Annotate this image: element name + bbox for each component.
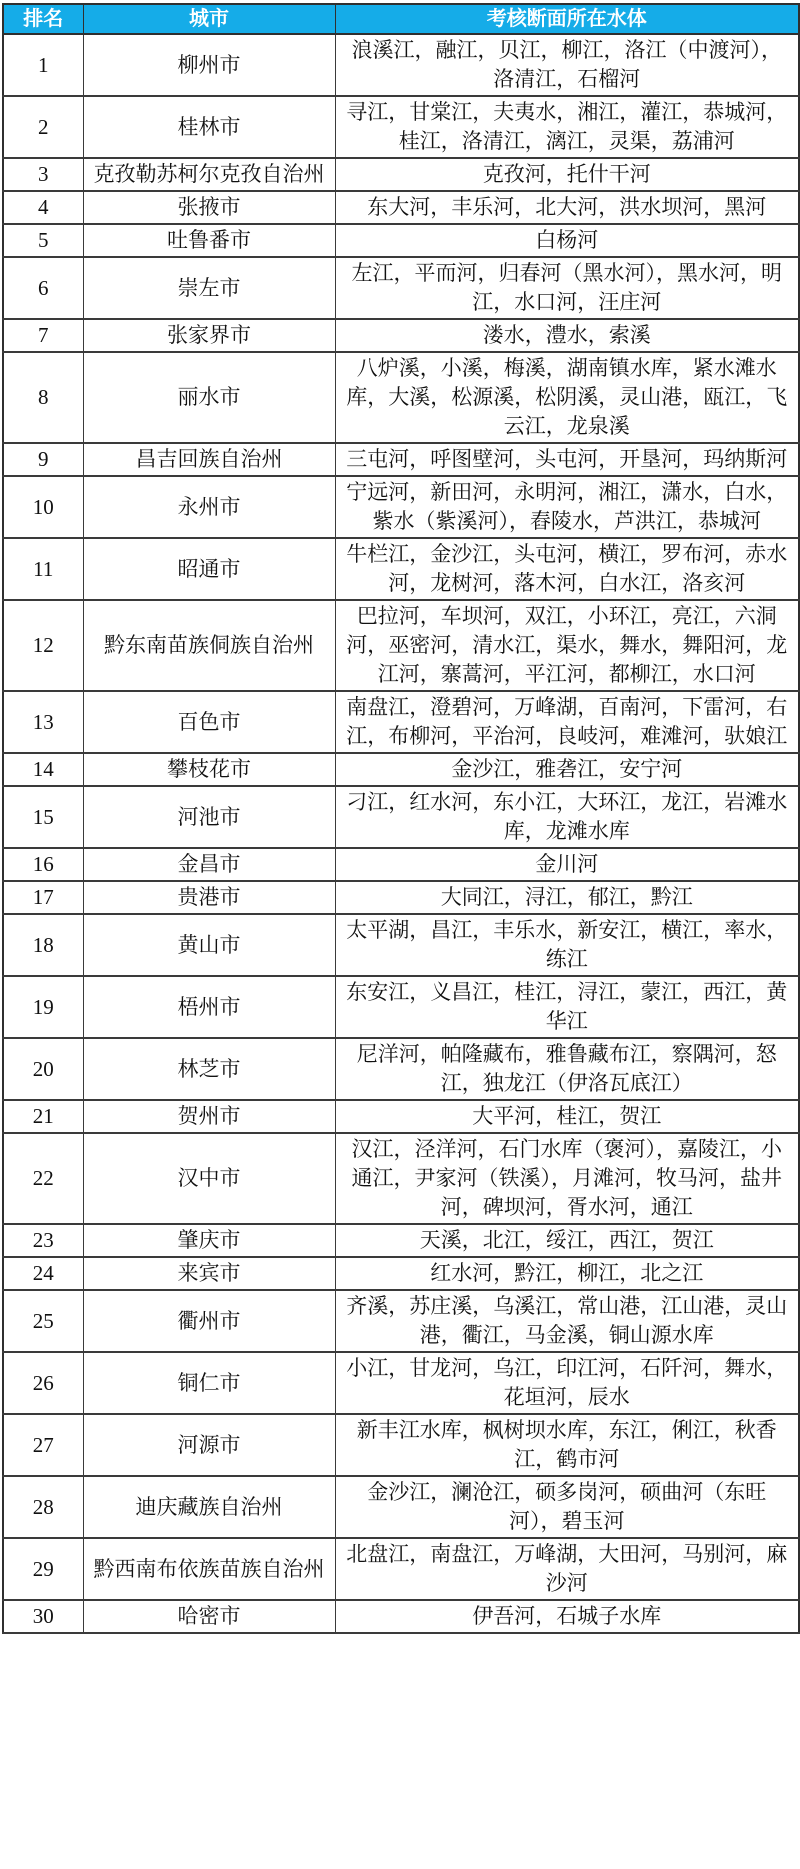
table-row: 28 迪庆藏族自治州 金沙江，澜沧江，硕多岗河，硕曲河（东旺河），碧玉河 <box>3 1476 799 1538</box>
table-row: 3 克孜勒苏柯尔克孜自治州 克孜河，托什干河 <box>3 158 799 191</box>
rank-cell: 9 <box>3 443 83 476</box>
waters-cell: 巴拉河，车坝河，双江，小环江，亮江，六洞河，巫密河，清水江，渠水，舞水，舞阳河，… <box>335 600 799 691</box>
waters-cell: 刁江，红水河，东小江，大环江，龙江，岩滩水库，龙滩水库 <box>335 786 799 848</box>
waters-cell: 东安江，义昌江，桂江，浔江，蒙江，西江，黄华江 <box>335 976 799 1038</box>
rank-cell: 11 <box>3 538 83 600</box>
city-cell: 张家界市 <box>83 319 335 352</box>
city-cell: 贵港市 <box>83 881 335 914</box>
waters-cell: 寻江，甘棠江，夫夷水，湘江，灌江，恭城河，桂江，洛清江，漓江，灵渠，荔浦河 <box>335 96 799 158</box>
rank-cell: 26 <box>3 1352 83 1414</box>
rank-cell: 24 <box>3 1257 83 1290</box>
waters-cell: 金沙江，雅砻江，安宁河 <box>335 753 799 786</box>
table-row: 1 柳州市 浪溪江，融江，贝江，柳江，洛江（中渡河），洛清江，石榴河 <box>3 34 799 96</box>
header-row: 排名 城市 考核断面所在水体 <box>3 4 799 34</box>
table-row: 30 哈密市 伊吾河，石城子水库 <box>3 1600 799 1633</box>
waters-cell: 浪溪江，融江，贝江，柳江，洛江（中渡河），洛清江，石榴河 <box>335 34 799 96</box>
rank-cell: 10 <box>3 476 83 538</box>
city-cell: 昌吉回族自治州 <box>83 443 335 476</box>
city-cell: 来宾市 <box>83 1257 335 1290</box>
rank-cell: 13 <box>3 691 83 753</box>
table-row: 20 林芝市 尼洋河，帕隆藏布，雅鲁藏布江，察隅河，怒江，独龙江（伊洛瓦底江） <box>3 1038 799 1100</box>
rank-cell: 5 <box>3 224 83 257</box>
table-row: 25 衢州市 齐溪，苏庄溪，乌溪江，常山港，江山港，灵山港，衢江，马金溪，铜山源… <box>3 1290 799 1352</box>
rank-cell: 18 <box>3 914 83 976</box>
city-cell: 林芝市 <box>83 1038 335 1100</box>
city-cell: 百色市 <box>83 691 335 753</box>
rank-cell: 29 <box>3 1538 83 1600</box>
city-cell: 黔东南苗族侗族自治州 <box>83 600 335 691</box>
city-cell: 攀枝花市 <box>83 753 335 786</box>
table-header: 排名 城市 考核断面所在水体 <box>3 4 799 34</box>
city-cell: 哈密市 <box>83 1600 335 1633</box>
rank-cell: 3 <box>3 158 83 191</box>
city-cell: 河池市 <box>83 786 335 848</box>
waters-cell: 宁远河，新田河，永明河，湘江，潇水，白水，紫水（紫溪河），舂陵水，芦洪江，恭城河 <box>335 476 799 538</box>
rank-cell: 21 <box>3 1100 83 1133</box>
table-row: 15 河池市 刁江，红水河，东小江，大环江，龙江，岩滩水库，龙滩水库 <box>3 786 799 848</box>
waters-cell: 汉江，泾洋河，石门水库（褒河），嘉陵江，小通江，尹家河（铁溪），月滩河，牧马河，… <box>335 1133 799 1224</box>
header-city: 城市 <box>83 4 335 34</box>
waters-cell: 金川河 <box>335 848 799 881</box>
city-cell: 昭通市 <box>83 538 335 600</box>
table-row: 21 贺州市 大平河，桂江，贺江 <box>3 1100 799 1133</box>
waters-cell: 三屯河，呼图壁河，头屯河，开垦河，玛纳斯河 <box>335 443 799 476</box>
table-row: 9 昌吉回族自治州 三屯河，呼图壁河，头屯河，开垦河，玛纳斯河 <box>3 443 799 476</box>
ranking-table-container: 排名 城市 考核断面所在水体 1 柳州市 浪溪江，融江，贝江，柳江，洛江（中渡河… <box>0 0 800 1644</box>
table-row: 29 黔西南布依族苗族自治州 北盘江，南盘江，万峰湖，大田河，马别河，麻沙河 <box>3 1538 799 1600</box>
table-row: 4 张掖市 东大河，丰乐河，北大河，洪水坝河，黑河 <box>3 191 799 224</box>
city-cell: 崇左市 <box>83 257 335 319</box>
rank-cell: 23 <box>3 1224 83 1257</box>
rank-cell: 7 <box>3 319 83 352</box>
city-cell: 永州市 <box>83 476 335 538</box>
waters-cell: 溇水，澧水，索溪 <box>335 319 799 352</box>
city-cell: 汉中市 <box>83 1133 335 1224</box>
city-cell: 贺州市 <box>83 1100 335 1133</box>
table-row: 14 攀枝花市 金沙江，雅砻江，安宁河 <box>3 753 799 786</box>
table-row: 5 吐鲁番市 白杨河 <box>3 224 799 257</box>
city-cell: 铜仁市 <box>83 1352 335 1414</box>
rank-cell: 8 <box>3 352 83 443</box>
waters-cell: 南盘江，澄碧河，万峰湖，百南河，下雷河，右江，布柳河，平治河，良岐河，难滩河，驮… <box>335 691 799 753</box>
rank-cell: 30 <box>3 1600 83 1633</box>
table-body: 1 柳州市 浪溪江，融江，贝江，柳江，洛江（中渡河），洛清江，石榴河 2 桂林市… <box>3 34 799 1633</box>
table-row: 22 汉中市 汉江，泾洋河，石门水库（褒河），嘉陵江，小通江，尹家河（铁溪），月… <box>3 1133 799 1224</box>
city-cell: 黄山市 <box>83 914 335 976</box>
header-waters: 考核断面所在水体 <box>335 4 799 34</box>
waters-cell: 尼洋河，帕隆藏布，雅鲁藏布江，察隅河，怒江，独龙江（伊洛瓦底江） <box>335 1038 799 1100</box>
city-cell: 桂林市 <box>83 96 335 158</box>
table-row: 10 永州市 宁远河，新田河，永明河，湘江，潇水，白水，紫水（紫溪河），舂陵水，… <box>3 476 799 538</box>
table-row: 6 崇左市 左江，平而河，归春河（黑水河），黑水河，明江，水口河，汪庄河 <box>3 257 799 319</box>
waters-cell: 小江，甘龙河，乌江，印江河，石阡河，舞水，花垣河，辰水 <box>335 1352 799 1414</box>
table-row: 18 黄山市 太平湖，昌江，丰乐水，新安江，横江，率水，练江 <box>3 914 799 976</box>
city-cell: 河源市 <box>83 1414 335 1476</box>
rank-cell: 20 <box>3 1038 83 1100</box>
rank-cell: 19 <box>3 976 83 1038</box>
rank-cell: 2 <box>3 96 83 158</box>
waters-cell: 克孜河，托什干河 <box>335 158 799 191</box>
rank-cell: 12 <box>3 600 83 691</box>
table-row: 12 黔东南苗族侗族自治州 巴拉河，车坝河，双江，小环江，亮江，六洞河，巫密河，… <box>3 600 799 691</box>
table-row: 8 丽水市 八炉溪，小溪，梅溪，湖南镇水库，紧水滩水库，大溪，松源溪，松阴溪，灵… <box>3 352 799 443</box>
table-row: 17 贵港市 大同江，浔江，郁江，黔江 <box>3 881 799 914</box>
waters-cell: 牛栏江，金沙江，头屯河，横江，罗布河，赤水河，龙树河，落木河，白水江，洛亥河 <box>335 538 799 600</box>
city-water-ranking-table: 排名 城市 考核断面所在水体 1 柳州市 浪溪江，融江，贝江，柳江，洛江（中渡河… <box>2 3 800 1634</box>
city-cell: 黔西南布依族苗族自治州 <box>83 1538 335 1600</box>
rank-cell: 6 <box>3 257 83 319</box>
rank-cell: 17 <box>3 881 83 914</box>
city-cell: 丽水市 <box>83 352 335 443</box>
header-rank: 排名 <box>3 4 83 34</box>
city-cell: 柳州市 <box>83 34 335 96</box>
rank-cell: 14 <box>3 753 83 786</box>
waters-cell: 齐溪，苏庄溪，乌溪江，常山港，江山港，灵山港，衢江，马金溪，铜山源水库 <box>335 1290 799 1352</box>
table-row: 13 百色市 南盘江，澄碧河，万峰湖，百南河，下雷河，右江，布柳河，平治河，良岐… <box>3 691 799 753</box>
waters-cell: 新丰江水库，枫树坝水库，东江，俐江，秋香江，鹤市河 <box>335 1414 799 1476</box>
waters-cell: 金沙江，澜沧江，硕多岗河，硕曲河（东旺河），碧玉河 <box>335 1476 799 1538</box>
waters-cell: 大平河，桂江，贺江 <box>335 1100 799 1133</box>
table-row: 19 梧州市 东安江，义昌江，桂江，浔江，蒙江，西江，黄华江 <box>3 976 799 1038</box>
waters-cell: 大同江，浔江，郁江，黔江 <box>335 881 799 914</box>
waters-cell: 左江，平而河，归春河（黑水河），黑水河，明江，水口河，汪庄河 <box>335 257 799 319</box>
rank-cell: 4 <box>3 191 83 224</box>
waters-cell: 北盘江，南盘江，万峰湖，大田河，马别河，麻沙河 <box>335 1538 799 1600</box>
table-row: 27 河源市 新丰江水库，枫树坝水库，东江，俐江，秋香江，鹤市河 <box>3 1414 799 1476</box>
table-row: 16 金昌市 金川河 <box>3 848 799 881</box>
table-row: 11 昭通市 牛栏江，金沙江，头屯河，横江，罗布河，赤水河，龙树河，落木河，白水… <box>3 538 799 600</box>
city-cell: 克孜勒苏柯尔克孜自治州 <box>83 158 335 191</box>
waters-cell: 伊吾河，石城子水库 <box>335 1600 799 1633</box>
city-cell: 衢州市 <box>83 1290 335 1352</box>
city-cell: 肇庆市 <box>83 1224 335 1257</box>
table-row: 23 肇庆市 天溪，北江，绥江，西江，贺江 <box>3 1224 799 1257</box>
rank-cell: 27 <box>3 1414 83 1476</box>
waters-cell: 红水河，黔江，柳江，北之江 <box>335 1257 799 1290</box>
city-cell: 张掖市 <box>83 191 335 224</box>
rank-cell: 28 <box>3 1476 83 1538</box>
city-cell: 梧州市 <box>83 976 335 1038</box>
table-row: 2 桂林市 寻江，甘棠江，夫夷水，湘江，灌江，恭城河，桂江，洛清江，漓江，灵渠，… <box>3 96 799 158</box>
rank-cell: 1 <box>3 34 83 96</box>
city-cell: 吐鲁番市 <box>83 224 335 257</box>
city-cell: 金昌市 <box>83 848 335 881</box>
waters-cell: 东大河，丰乐河，北大河，洪水坝河，黑河 <box>335 191 799 224</box>
waters-cell: 八炉溪，小溪，梅溪，湖南镇水库，紧水滩水库，大溪，松源溪，松阴溪，灵山港，瓯江，… <box>335 352 799 443</box>
waters-cell: 天溪，北江，绥江，西江，贺江 <box>335 1224 799 1257</box>
rank-cell: 22 <box>3 1133 83 1224</box>
rank-cell: 16 <box>3 848 83 881</box>
table-row: 24 来宾市 红水河，黔江，柳江，北之江 <box>3 1257 799 1290</box>
table-row: 7 张家界市 溇水，澧水，索溪 <box>3 319 799 352</box>
table-row: 26 铜仁市 小江，甘龙河，乌江，印江河，石阡河，舞水，花垣河，辰水 <box>3 1352 799 1414</box>
city-cell: 迪庆藏族自治州 <box>83 1476 335 1538</box>
waters-cell: 白杨河 <box>335 224 799 257</box>
rank-cell: 15 <box>3 786 83 848</box>
waters-cell: 太平湖，昌江，丰乐水，新安江，横江，率水，练江 <box>335 914 799 976</box>
rank-cell: 25 <box>3 1290 83 1352</box>
